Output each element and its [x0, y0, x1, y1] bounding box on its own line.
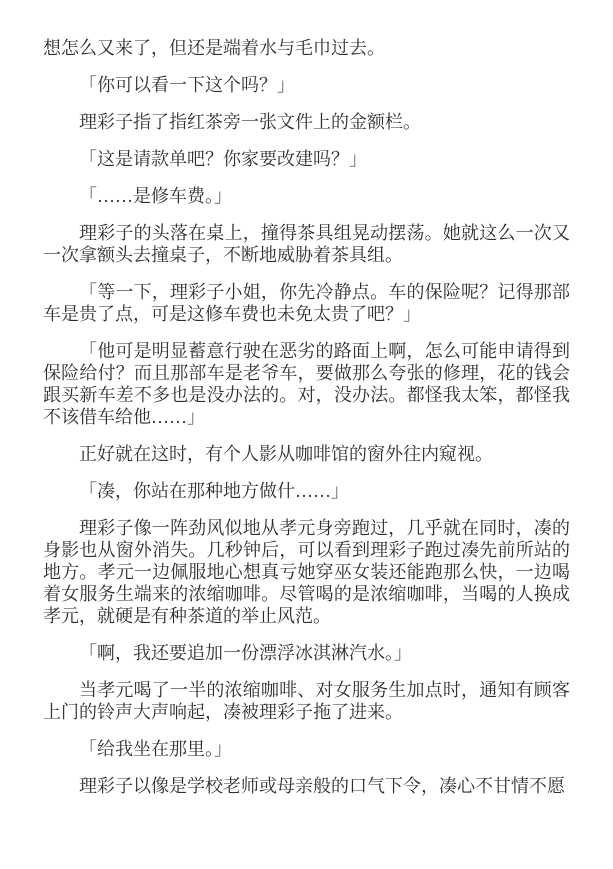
novel-page: 想怎么又来了，但还是端着水与毛巾过去。 「你可以看一下这个吗？」 理彩子指了指红…	[0, 0, 613, 869]
paragraph: 「给我坐在那里。」	[43, 738, 570, 760]
paragraph: 「这是请款单吧？你家要改建吗？」	[43, 148, 570, 170]
paragraph: 「你可以看一下这个吗？」	[43, 74, 570, 96]
paragraph: 正好就在这时，有个人影从咖啡馆的窗外往内窥视。	[43, 443, 570, 465]
paragraph: 理彩子像一阵劲风似地从孝元身旁跑过，几乎就在同时，凑的身影也从窗外消失。几秒钟后…	[43, 517, 570, 627]
paragraph: 「他可是明显蓄意行驶在恶劣的路面上啊，怎么可能申请得到保险给付？而且那部车是老爷…	[43, 340, 570, 428]
paragraph: 理彩子指了指红茶旁一张文件上的金额栏。	[43, 111, 570, 133]
paragraph: 「等一下，理彩子小姐，你先冷静点。车的保险呢？记得那部车是贵了点，可是这修车费也…	[43, 281, 570, 325]
paragraph: 理彩子的头落在桌上，撞得茶具组晃动摆荡。她就这么一次又一次拿额头去撞桌子，不断地…	[43, 222, 570, 266]
paragraph: 当孝元喝了一半的浓缩咖啡、对女服务生加点时，通知有顾客上门的铃声大声响起，凑被理…	[43, 679, 570, 723]
paragraph: 理彩子以像是学校老师或母亲般的口气下令，凑心不甘情不愿	[43, 775, 570, 797]
paragraph: 「啊，我还要追加一份漂浮冰淇淋汽水。」	[43, 642, 570, 664]
paragraph: 「凑，你站在那种地方做什……」	[43, 480, 570, 502]
paragraph: 想怎么又来了，但还是端着水与毛巾过去。	[43, 37, 570, 59]
paragraph: 「……是修车费。」	[43, 185, 570, 207]
